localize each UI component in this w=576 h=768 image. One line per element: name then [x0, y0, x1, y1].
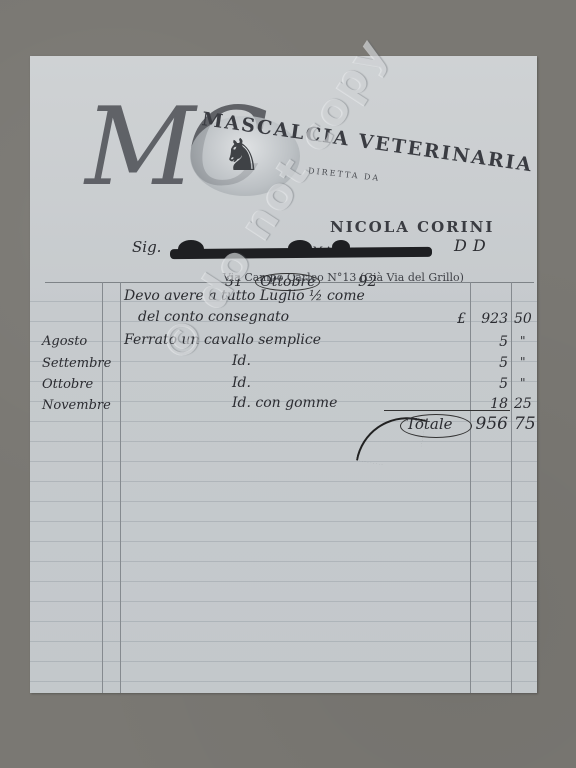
description-column-rule	[120, 282, 121, 693]
subtotal-rule	[384, 410, 510, 411]
redaction-blob	[332, 240, 350, 254]
entry-cent: "	[520, 376, 526, 390]
redaction-blob	[288, 240, 312, 256]
diretta-da-label: DIRETTA DA	[308, 166, 381, 183]
entry-lire: 5	[474, 334, 508, 350]
total-cent: 75	[514, 414, 536, 434]
proprietor-name: NICOLA CORINI	[330, 218, 494, 236]
lire-column-rule	[470, 282, 471, 693]
entry-description: Id.	[232, 353, 251, 369]
entry-cent: 50	[514, 311, 532, 327]
total-lire: 956	[460, 414, 508, 434]
cent-column-rule	[511, 282, 512, 693]
closing-initials: DD	[454, 236, 492, 255]
entry-lire: 5	[474, 355, 508, 371]
invoice-paper: MC ♞ MASCALCIA VETERINARIA DIRETTA DA NI…	[30, 56, 537, 693]
total-label: Totale	[406, 415, 453, 433]
entry-description: Devo avere a tutto Luglio ½ come	[124, 288, 365, 304]
redaction-blob	[178, 240, 204, 258]
entry-month: Ottobre	[42, 377, 93, 392]
letterhead: MC ♞ MASCALCIA VETERINARIA DIRETTA DA NI…	[30, 56, 537, 246]
entry-cent: "	[520, 334, 526, 348]
currency-symbol: £	[450, 311, 466, 327]
entry-description: Id.	[232, 375, 251, 391]
entry-lire: 5	[474, 376, 508, 392]
salutation: Sig.	[132, 238, 161, 256]
month-column-rule	[102, 282, 103, 693]
entry-description: Id. con gomme	[232, 395, 337, 411]
entry-cent: "	[520, 355, 526, 369]
entry-lire: 923	[474, 311, 508, 327]
entry-cent: 25	[514, 396, 532, 412]
horse-rider-icon: ♞	[222, 134, 261, 178]
entry-description: del conto consegnato	[138, 309, 289, 325]
entry-month: Novembre	[42, 398, 111, 413]
entry-month: Agosto	[42, 334, 87, 349]
entry-description: Ferrato un cavallo semplice	[124, 332, 321, 348]
entry-month: Settembre	[42, 356, 111, 371]
